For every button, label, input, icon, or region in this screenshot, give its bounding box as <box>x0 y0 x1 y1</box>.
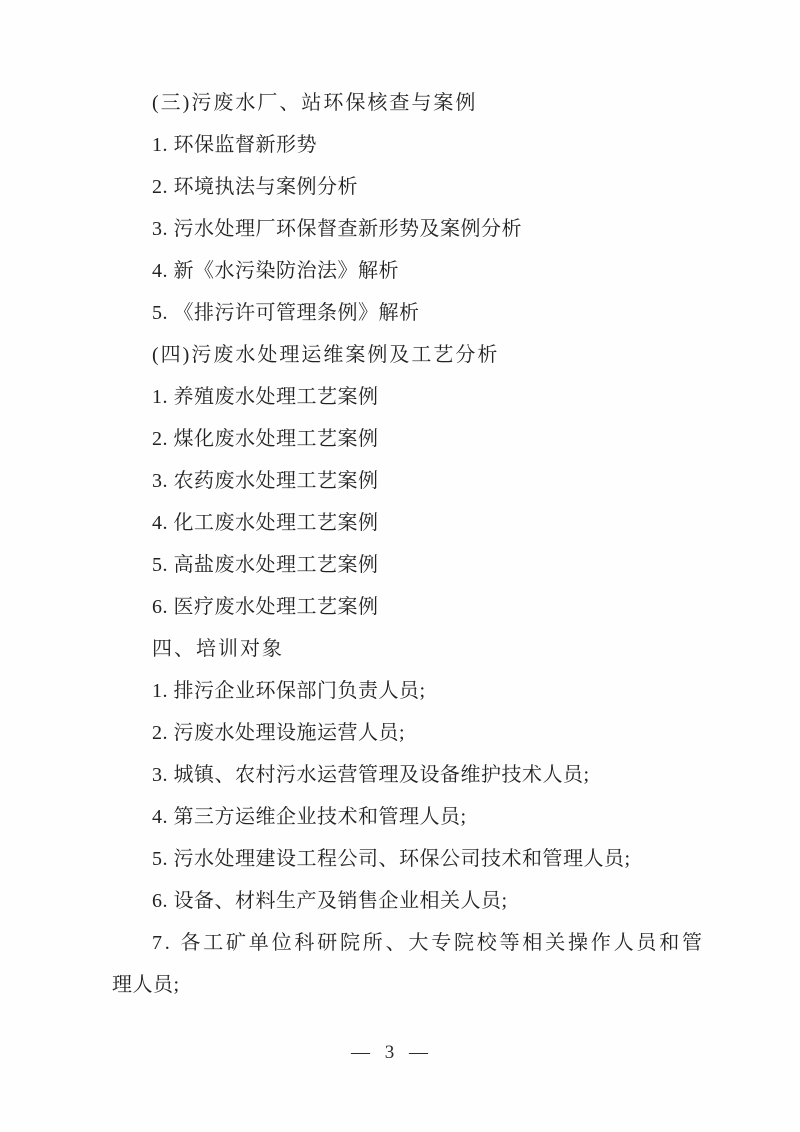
heading-training-targets: 四、培训对象 <box>112 628 694 670</box>
list-item: 5. 《排污许可管理条例》解析 <box>112 292 694 334</box>
heading-section-3: (三)污废水厂、站环保核查与案例 <box>112 82 694 124</box>
list-item: 5. 污水处理建设工程公司、环保公司技术和管理人员; <box>112 838 694 880</box>
document-page: (三)污废水厂、站环保核查与案例 1. 环保监督新形势 2. 环境执法与案例分析… <box>0 0 800 1132</box>
list-item: 4. 化工废水处理工艺案例 <box>112 502 694 544</box>
page-number: — 3 — <box>0 1032 784 1074</box>
list-item: 3. 污水处理厂环保督查新形势及案例分析 <box>112 208 694 250</box>
list-item: 5. 高盐废水处理工艺案例 <box>112 544 694 586</box>
list-item: 1. 环保监督新形势 <box>112 124 694 166</box>
list-item: 1. 排污企业环保部门负责人员; <box>112 670 694 712</box>
list-item: 3. 城镇、农村污水运营管理及设备维护技术人员; <box>112 754 694 796</box>
list-item: 4. 新《水污染防治法》解析 <box>112 250 694 292</box>
list-item: 2. 煤化废水处理工艺案例 <box>112 418 694 460</box>
list-item: 2. 污废水处理设施运营人员; <box>112 712 694 754</box>
document-body: (三)污废水厂、站环保核查与案例 1. 环保监督新形势 2. 环境执法与案例分析… <box>112 82 694 1006</box>
list-item-continuation: 理人员; <box>112 964 694 1006</box>
list-item: 7. 各工矿单位科研院所、大专院校等相关操作人员和管 <box>112 922 694 964</box>
heading-section-4: (四)污废水处理运维案例及工艺分析 <box>112 334 694 376</box>
list-item: 6. 医疗废水处理工艺案例 <box>112 586 694 628</box>
list-item: 3. 农药废水处理工艺案例 <box>112 460 694 502</box>
list-item: 1. 养殖废水处理工艺案例 <box>112 376 694 418</box>
list-item: 4. 第三方运维企业技术和管理人员; <box>112 796 694 838</box>
list-item: 2. 环境执法与案例分析 <box>112 166 694 208</box>
list-item: 6. 设备、材料生产及销售企业相关人员; <box>112 880 694 922</box>
